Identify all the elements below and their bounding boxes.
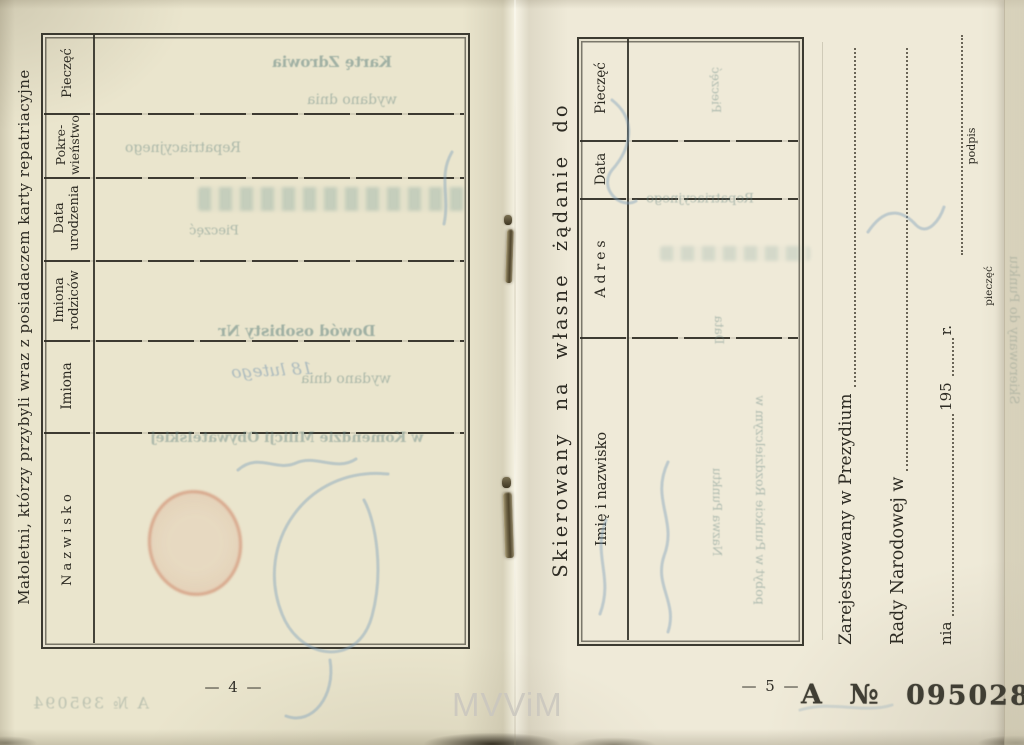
ghost-text: Data	[712, 307, 726, 353]
watermark: MVViM	[452, 686, 563, 724]
minors-table-row-line	[44, 177, 464, 179]
ghost-text: Nazwa Punktu	[710, 442, 724, 582]
dotted-fill-line	[854, 48, 856, 387]
stamp-ghost	[198, 187, 464, 211]
ghost-text: A № 395094	[31, 694, 149, 713]
year-suffix: r.	[938, 325, 955, 335]
registration-line-1: Zarejestrowany w Prezydium	[834, 45, 860, 645]
column-header-data-urodzenia: Data urodzenia	[45, 179, 91, 257]
column-header-pieczec: Pieczęć	[579, 40, 625, 136]
left-page-number: — 4 —	[195, 678, 273, 696]
ghost-text: wydano dnia	[307, 92, 397, 108]
staple-icon	[503, 492, 514, 558]
column-header-data: Data	[579, 142, 625, 196]
registration-date-line: nia195r.	[934, 325, 958, 645]
year-prefix: 195	[938, 382, 955, 411]
staple-icon	[502, 477, 511, 488]
minors-table-header-divider	[93, 35, 95, 643]
right-page-heading: Skierowany na własne żądanie do	[547, 40, 575, 640]
registration-line-1-label: Zarejestrowany w Prezydium	[837, 393, 856, 645]
dotted-fill-line	[961, 35, 963, 255]
right-page-number: — 5 —	[732, 677, 810, 695]
column-header-pokrewienstwo: Pokre- wieństwo	[45, 115, 91, 175]
column-header-imiona: Imiona	[45, 343, 91, 429]
handwriting-ghost: 18 lutego	[231, 359, 313, 383]
ghost-text: Repatriacyjnego	[125, 140, 241, 156]
ghost-text: Dowód osobisty Nr	[218, 322, 375, 340]
ghost-text: w Komendzie Milicji Obywatelskiej	[151, 430, 424, 446]
gutter-fold-crease	[514, 0, 516, 745]
registration-line-2-label: Rady Narodowej w	[889, 477, 909, 645]
stamp-ghost	[660, 246, 810, 261]
ghost-text: Repatriacyjnego	[646, 192, 754, 207]
staple-icon	[505, 229, 514, 283]
ghost-text: Kartę Zdrowia	[272, 53, 392, 71]
signature-line	[957, 35, 963, 255]
dotted-fill-line	[952, 414, 954, 616]
ghost-text: wydano dnia	[301, 371, 391, 387]
column-header-imie-nazwisko: Imię i nazwisko	[579, 344, 625, 634]
minors-table-row-line	[44, 113, 464, 115]
left-page-heading: Małoletni, którzy przybyli wraz z posiad…	[12, 28, 36, 646]
referral-table-row-line	[580, 337, 798, 339]
column-header-nazwisko: Nazwisko	[45, 438, 91, 638]
ghost-text: Pieczęć	[709, 58, 723, 122]
ghost-text: Pieczęć	[189, 224, 239, 239]
column-header-pieczec: Pieczęć	[45, 36, 91, 110]
staple-icon	[504, 215, 512, 225]
column-header-adres: Adres	[579, 202, 625, 332]
minors-table-row-line	[44, 340, 464, 342]
serial-number-stamp: A № 095028	[801, 679, 1024, 712]
stamp-label: pieczęć	[984, 256, 996, 316]
column-header-imiona-rodzicow: Imiona rodziców	[45, 263, 91, 337]
faint-rule	[822, 42, 823, 640]
signature-label: podpis	[965, 111, 979, 181]
ghost-text: pobyt w Punkcie Rozdzielczym w	[754, 364, 768, 636]
registration-line-2: Rady Narodowej w	[886, 45, 912, 645]
referral-table-header-divider	[627, 39, 629, 640]
minors-table-row-line	[44, 260, 464, 262]
ghost-text: Skierowany do Punktu	[1006, 115, 1022, 545]
scanned-booklet-spread: Skierowany do Punktu Małoletni, którzy p…	[0, 0, 1024, 745]
date-prefix: nia	[938, 622, 955, 645]
dotted-fill-line	[906, 48, 908, 471]
dotted-fill-line	[952, 338, 954, 376]
